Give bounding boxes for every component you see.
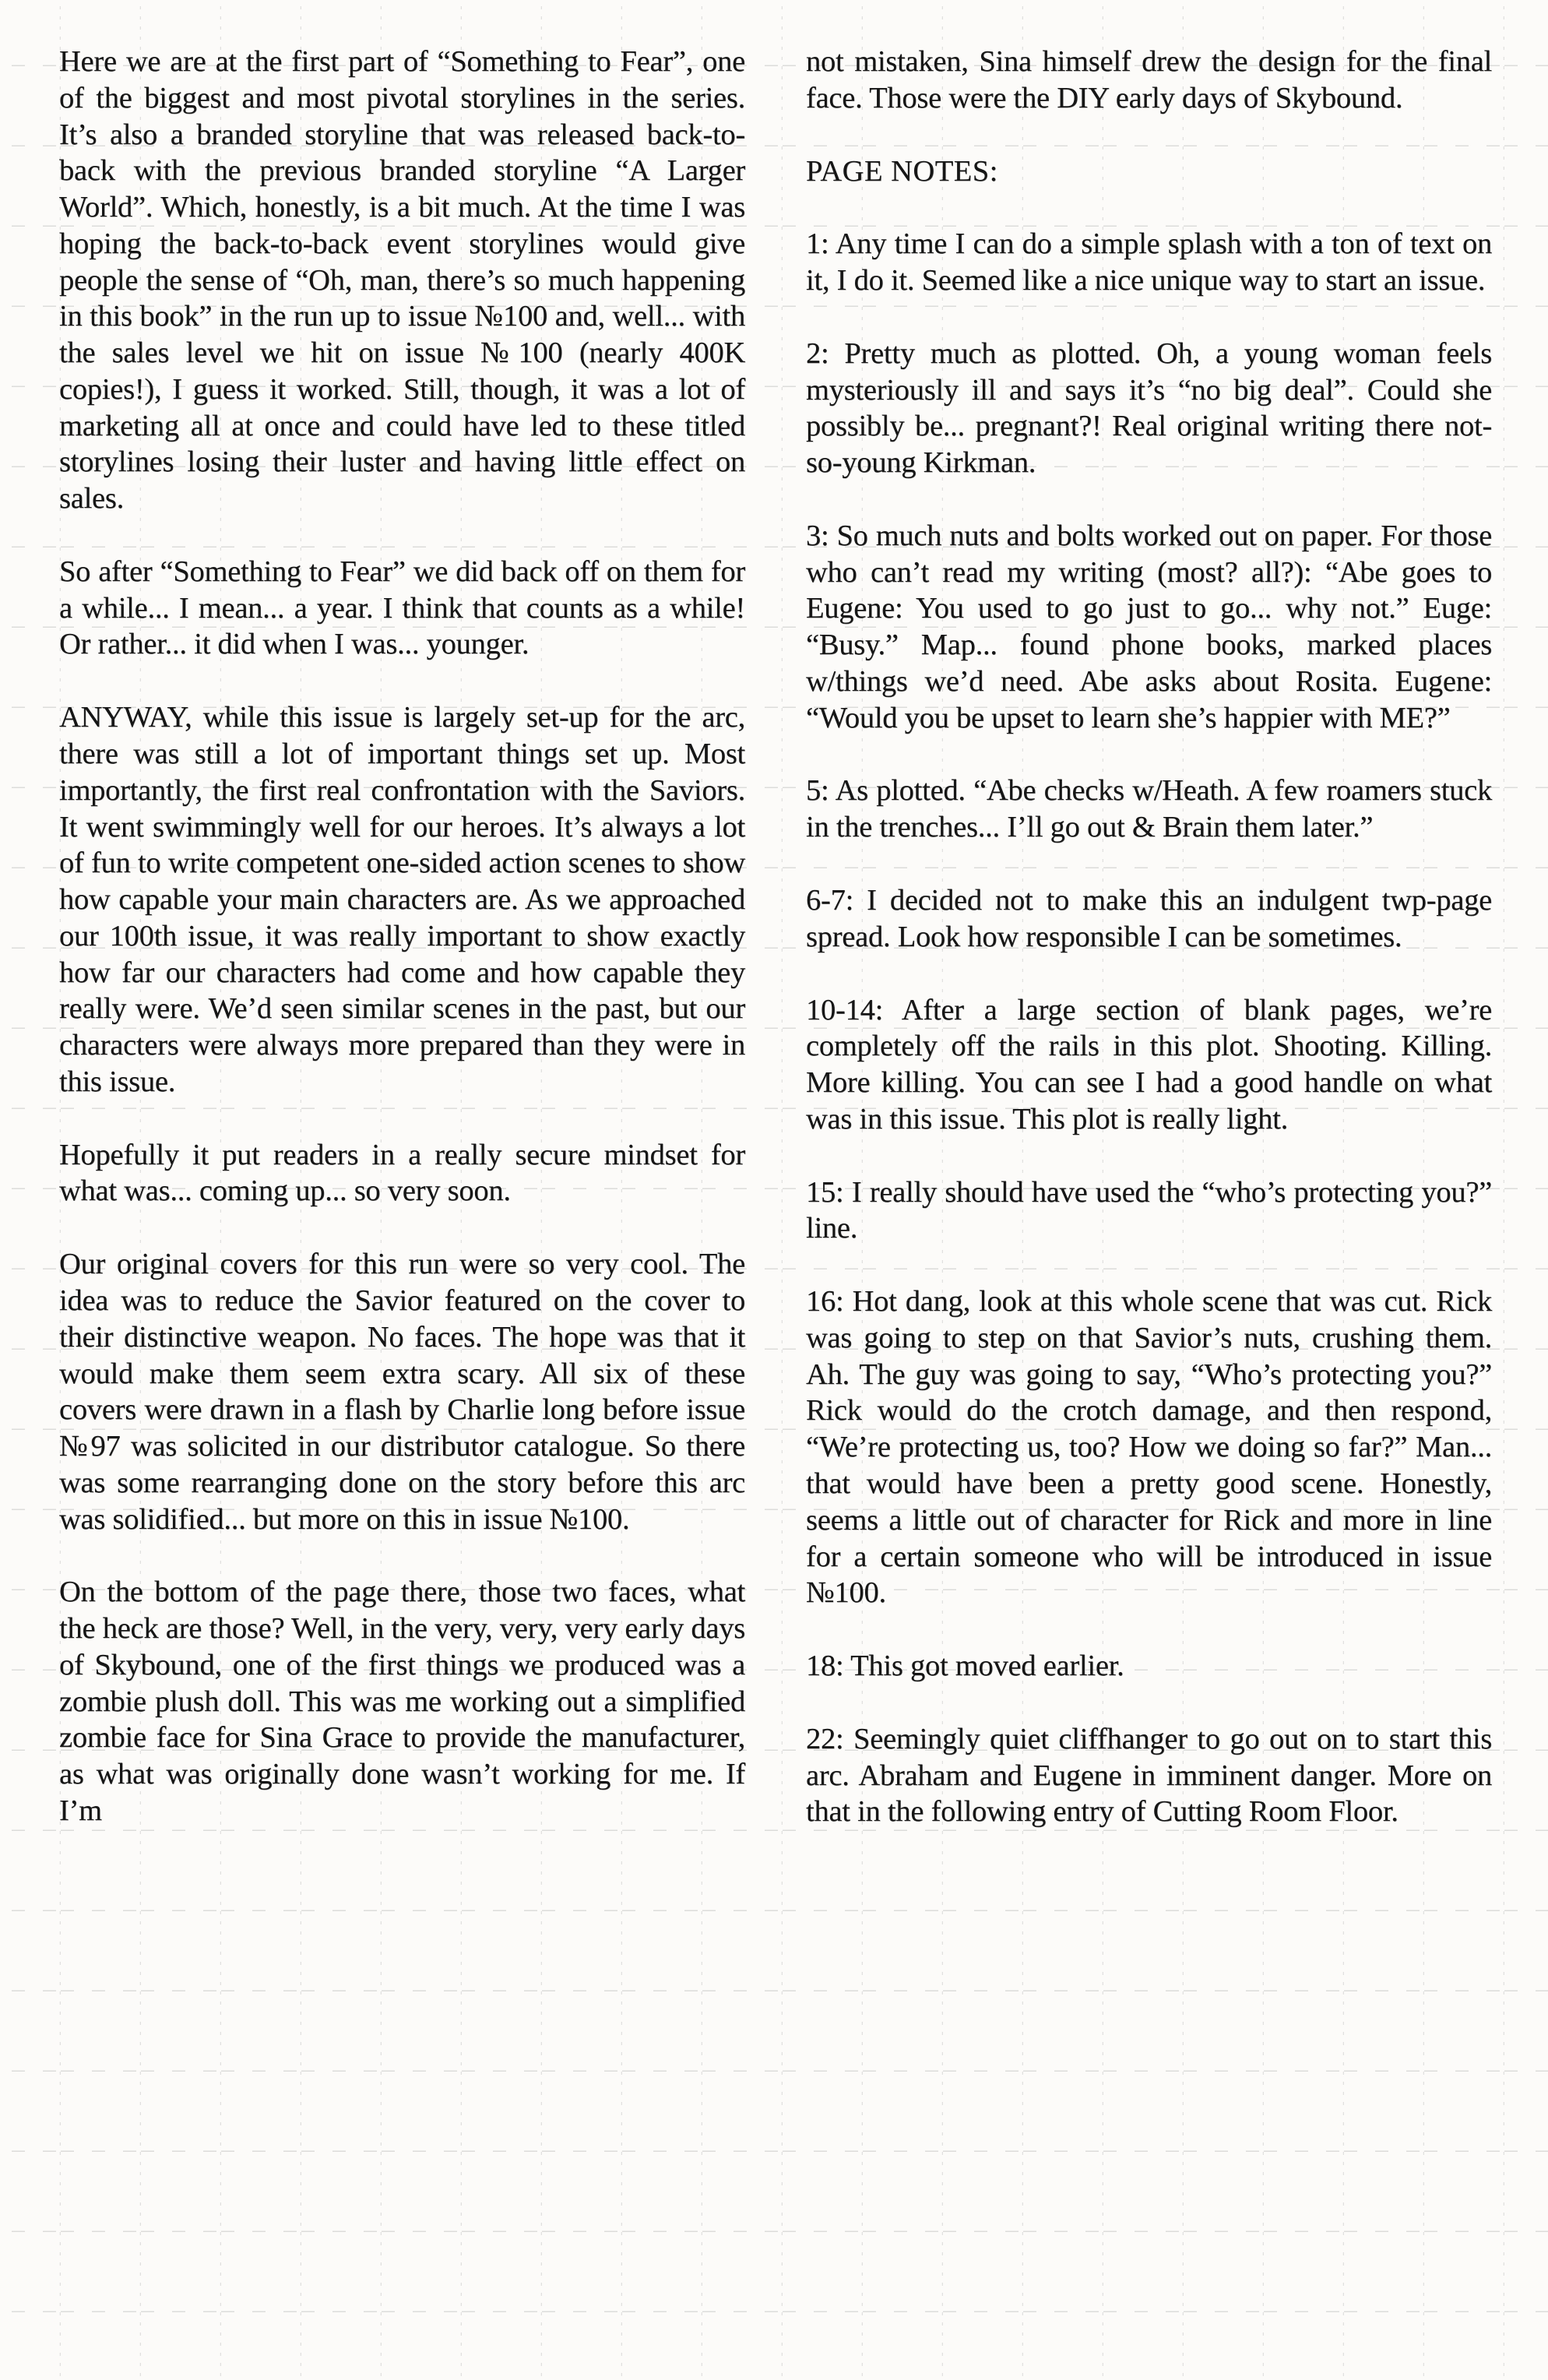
book-page: Here we are at the first part of “Someth… (0, 0, 1548, 2380)
paragraph-back-off-a-while: So after “Something to Fear” we did back… (59, 554, 745, 663)
left-column: Here we are at the first part of “Someth… (59, 44, 745, 1830)
page-note-16: 16: Hot dang, look at this whole scene t… (806, 1283, 1492, 1611)
page-note-22: 22: Seemingly quiet cliffhanger to go ou… (806, 1721, 1492, 1830)
page-notes-heading: PAGE NOTES: (806, 153, 1492, 190)
paragraph-intro-something-to-fear: Here we are at the first part of “Someth… (59, 44, 745, 517)
page-note-6-7: 6-7: I decided not to make this an indul… (806, 882, 1492, 956)
page-note-3: 3: So much nuts and bolts worked out on … (806, 518, 1492, 737)
paragraph-anyway-setup: ANYWAY, while this issue is largely set-… (59, 699, 745, 1100)
page-note-15: 15: I really should have used the “who’s… (806, 1174, 1492, 1248)
two-column-text-block: Here we are at the first part of “Someth… (59, 44, 1492, 1830)
page-note-2: 2: Pretty much as plotted. Oh, a young w… (806, 336, 1492, 481)
paragraph-original-covers: Our original covers for this run were so… (59, 1246, 745, 1537)
paragraph-zombie-plush: On the bottom of the page there, those t… (59, 1574, 745, 1829)
paragraph-sina-final-face: not mistaken, Sina himself drew the desi… (806, 44, 1492, 117)
paragraph-secure-mindset: Hopefully it put readers in a really sec… (59, 1137, 745, 1210)
page-note-18: 18: This got moved earlier. (806, 1648, 1492, 1685)
page-note-1: 1: Any time I can do a simple splash wit… (806, 226, 1492, 299)
page-note-5: 5: As plotted. “Abe checks w/Heath. A fe… (806, 773, 1492, 846)
page-note-10-14: 10-14: After a large section of blank pa… (806, 992, 1492, 1138)
right-column: not mistaken, Sina himself drew the desi… (806, 44, 1492, 1830)
